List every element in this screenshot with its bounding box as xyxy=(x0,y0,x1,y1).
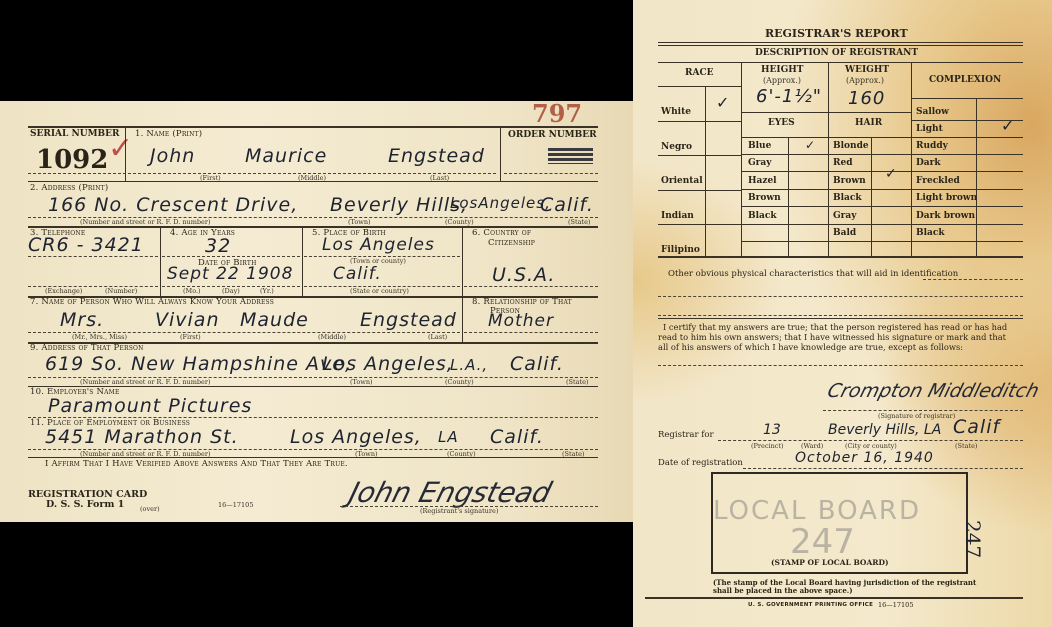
weight-value: 160 xyxy=(848,88,885,109)
serial-number: 1092 xyxy=(36,145,108,175)
card-form-number: D. S. S. Form 1 xyxy=(46,499,124,510)
contact-first: Vivian xyxy=(155,309,219,331)
hair-brown: Brown xyxy=(833,176,866,186)
hair-header: HAIR xyxy=(855,118,882,128)
ward-sublabel: (Ward) xyxy=(801,442,823,450)
race-white-check-icon: ✓ xyxy=(716,93,729,112)
description-title: DESCRIPTION OF REGISTRANT xyxy=(755,48,918,58)
complexion-light: Light xyxy=(916,124,943,134)
side-board-number: 247 xyxy=(961,520,985,558)
contact-address-state-sublabel: (State) xyxy=(566,378,588,386)
eyes-black: Black xyxy=(748,211,777,221)
contact-address-town-sublabel: (Town) xyxy=(350,378,373,386)
signature-label: (Registrant's signature) xyxy=(420,507,498,515)
relationship-label: 8. Relationship of That xyxy=(472,297,572,307)
hair-black: Black xyxy=(833,193,862,203)
address-state: Calif. xyxy=(540,194,594,216)
complexion-dark: Dark xyxy=(916,158,941,168)
employment-street: 5451 Marathon St. xyxy=(45,426,239,448)
report-title: REGISTRAR'S REPORT xyxy=(765,27,908,40)
birthplace-state-sublabel: (State or country) xyxy=(350,287,409,295)
weight-approx: (Approx.) xyxy=(846,76,884,85)
eyes-brown: Brown xyxy=(748,193,781,203)
race-oriental: Oriental xyxy=(661,176,703,186)
employment-county: LA xyxy=(438,428,459,446)
back-form-code: 16—17105 xyxy=(878,601,913,609)
contact-middle: Maude xyxy=(240,309,309,331)
race-indian: Indian xyxy=(661,211,694,221)
contact-person-label: 7. Name of Person Who Will Always Know Y… xyxy=(30,297,274,307)
dob-year-sublabel: (Yr.) xyxy=(260,287,274,295)
birthplace-state: Calif. xyxy=(333,264,382,284)
address-street-sublabel: (Number and street or R. F. D. number) xyxy=(80,218,211,226)
weight-header: WEIGHT xyxy=(845,65,889,75)
form-code: 16—17105 xyxy=(218,501,253,509)
stamp-note-2: shall be placed in the above space.) xyxy=(713,586,853,595)
date-of-registration-value: October 16, 1940 xyxy=(795,450,934,466)
contact-address-county: L.A., xyxy=(450,356,488,374)
contact-address-street: 619 So. New Hampshine Ave, xyxy=(45,353,352,375)
hair-bald: Bald xyxy=(833,228,856,238)
order-number-label: ORDER NUMBER xyxy=(508,130,597,140)
race-header: RACE xyxy=(685,68,714,78)
height-header: HEIGHT xyxy=(761,65,803,75)
order-number-redacted xyxy=(548,148,593,164)
order-stamp-number: 797 xyxy=(532,99,582,128)
contact-title: Mrs. xyxy=(60,309,104,331)
employment-state: Calif. xyxy=(490,426,544,448)
eyes-hazel: Hazel xyxy=(748,176,777,186)
registrars-report-back: REGISTRAR'S REPORT DESCRIPTION OF REGIST… xyxy=(633,0,1052,627)
over-note: (over) xyxy=(140,505,160,513)
complexion-light-brown: Light brown xyxy=(916,193,977,203)
complexion-sallow: Sallow xyxy=(916,107,949,117)
registrar-state: Calif xyxy=(953,416,1000,438)
check-mark-icon: ✓ xyxy=(108,131,133,166)
eyes-gray: Gray xyxy=(748,158,772,168)
stamp-caption: (STAMP OF LOCAL BOARD) xyxy=(771,558,889,567)
eyes-blue: Blue xyxy=(748,141,771,151)
stamp-board-number: 247 xyxy=(790,522,855,562)
contact-title-sublabel: (Mr., Mrs., Miss) xyxy=(72,333,127,341)
hair-blonde: Blonde xyxy=(833,141,869,151)
registration-card-front: 797 SERIAL NUMBER 1092 ✓ 1. Name (Print)… xyxy=(0,101,633,522)
telephone-number-sublabel: (Number) xyxy=(105,287,137,295)
eyes-header: EYES xyxy=(768,118,795,128)
address-county-sublabel: (County) xyxy=(445,218,474,226)
citizenship-label: 6. Country of xyxy=(472,228,531,238)
age-value: 32 xyxy=(205,235,231,257)
address-street: 166 No. Crescent Drive, xyxy=(48,194,298,216)
state-sublabel: (State) xyxy=(955,442,977,450)
address-town-sublabel: (Town) xyxy=(348,218,371,226)
other-characteristics-label: Other obvious physical characteristics t… xyxy=(668,269,958,279)
eyes-blue-check-icon: ✓ xyxy=(805,138,815,152)
complexion-light-check-icon: ✓ xyxy=(1001,116,1014,135)
telephone-value: CR6 - 3421 xyxy=(28,234,144,256)
name-first: John xyxy=(150,145,195,167)
city-sublabel: (City or county) xyxy=(845,442,897,450)
height-approx: (Approx.) xyxy=(763,76,801,85)
complexion-freckled: Freckled xyxy=(916,176,960,186)
contact-address-state: Calif. xyxy=(510,353,564,375)
contact-address-town: Los Angeles, xyxy=(322,353,454,375)
registrant-signature: John Engstead xyxy=(346,476,556,509)
telephone-exchange-sublabel: (Exchange) xyxy=(45,287,82,295)
dob-month-sublabel: (Mo.) xyxy=(183,287,201,295)
height-value: 6'-1½" xyxy=(756,86,822,107)
complexion-black: Black xyxy=(916,228,945,238)
dob-day-sublabel: (Day) xyxy=(222,287,240,295)
race-filipino: Filipino xyxy=(661,245,700,255)
name-middle: Maurice xyxy=(245,145,327,167)
registrar-signature-label: (Signature of registrar) xyxy=(878,412,955,420)
hair-gray: Gray xyxy=(833,211,857,221)
contact-last-sublabel: (Last) xyxy=(428,333,447,341)
address-label: 2. Address (Print) xyxy=(30,183,108,193)
contact-address-county-sublabel: (County) xyxy=(445,378,474,386)
date-of-birth-value: Sept 22 1908 xyxy=(167,264,293,284)
contact-middle-sublabel: (Middle) xyxy=(318,333,346,341)
certification-line-3: all of his answers of which I have knowl… xyxy=(658,342,963,352)
registrar-signature: Crompton Middleditch xyxy=(825,380,1041,402)
registrar-for-label: Registrar for xyxy=(658,430,714,440)
address-state-sublabel: (State) xyxy=(568,218,590,226)
race-white: White xyxy=(661,107,691,117)
serial-number-label: SERIAL NUMBER xyxy=(30,129,119,139)
date-of-registration-label: Date of registration xyxy=(658,458,743,468)
citizenship-value: U.S.A. xyxy=(492,264,555,286)
race-negro: Negro xyxy=(661,142,692,152)
registrar-city: Beverly Hills, LA xyxy=(828,422,941,438)
contact-last: Engstead xyxy=(360,309,457,331)
name-last: Engstead xyxy=(388,145,485,167)
affirmation-text: I Affirm That I Have Verified Above Answ… xyxy=(45,459,348,469)
complexion-ruddy: Ruddy xyxy=(916,141,948,151)
address-county: LosAngeles, xyxy=(450,194,551,212)
certification-line-1: I certify that my answers are true; that… xyxy=(663,322,1007,332)
employment-town: Los Angeles, xyxy=(290,426,422,448)
registrar-precinct: 13 xyxy=(763,422,781,438)
contact-address-street-sublabel: (Number and street or R. F. D. number) xyxy=(80,378,211,386)
printer-line: U. S. GOVERNMENT PRINTING OFFICE xyxy=(748,602,873,608)
citizenship-label-2: Citizenship xyxy=(488,238,535,248)
precinct-sublabel: (Precinct) xyxy=(751,442,784,450)
contact-first-sublabel: (First) xyxy=(180,333,201,341)
relationship-value: Mother xyxy=(488,311,554,331)
contact-address-label: 9. Address of That Person xyxy=(30,343,144,353)
address-town: Beverly Hills, xyxy=(330,194,468,216)
complexion-dark-brown: Dark brown xyxy=(916,211,975,221)
name-label: 1. Name (Print) xyxy=(135,129,202,139)
complexion-header: COMPLEXION xyxy=(929,75,1001,85)
hair-red: Red xyxy=(833,158,853,168)
certification-line-2: read to him his own answers; that I have… xyxy=(658,332,1006,342)
hair-brown-check-icon: ✓ xyxy=(885,166,897,182)
birthplace-town: Los Angeles xyxy=(322,235,435,255)
employer-value: Paramount Pictures xyxy=(48,395,252,417)
